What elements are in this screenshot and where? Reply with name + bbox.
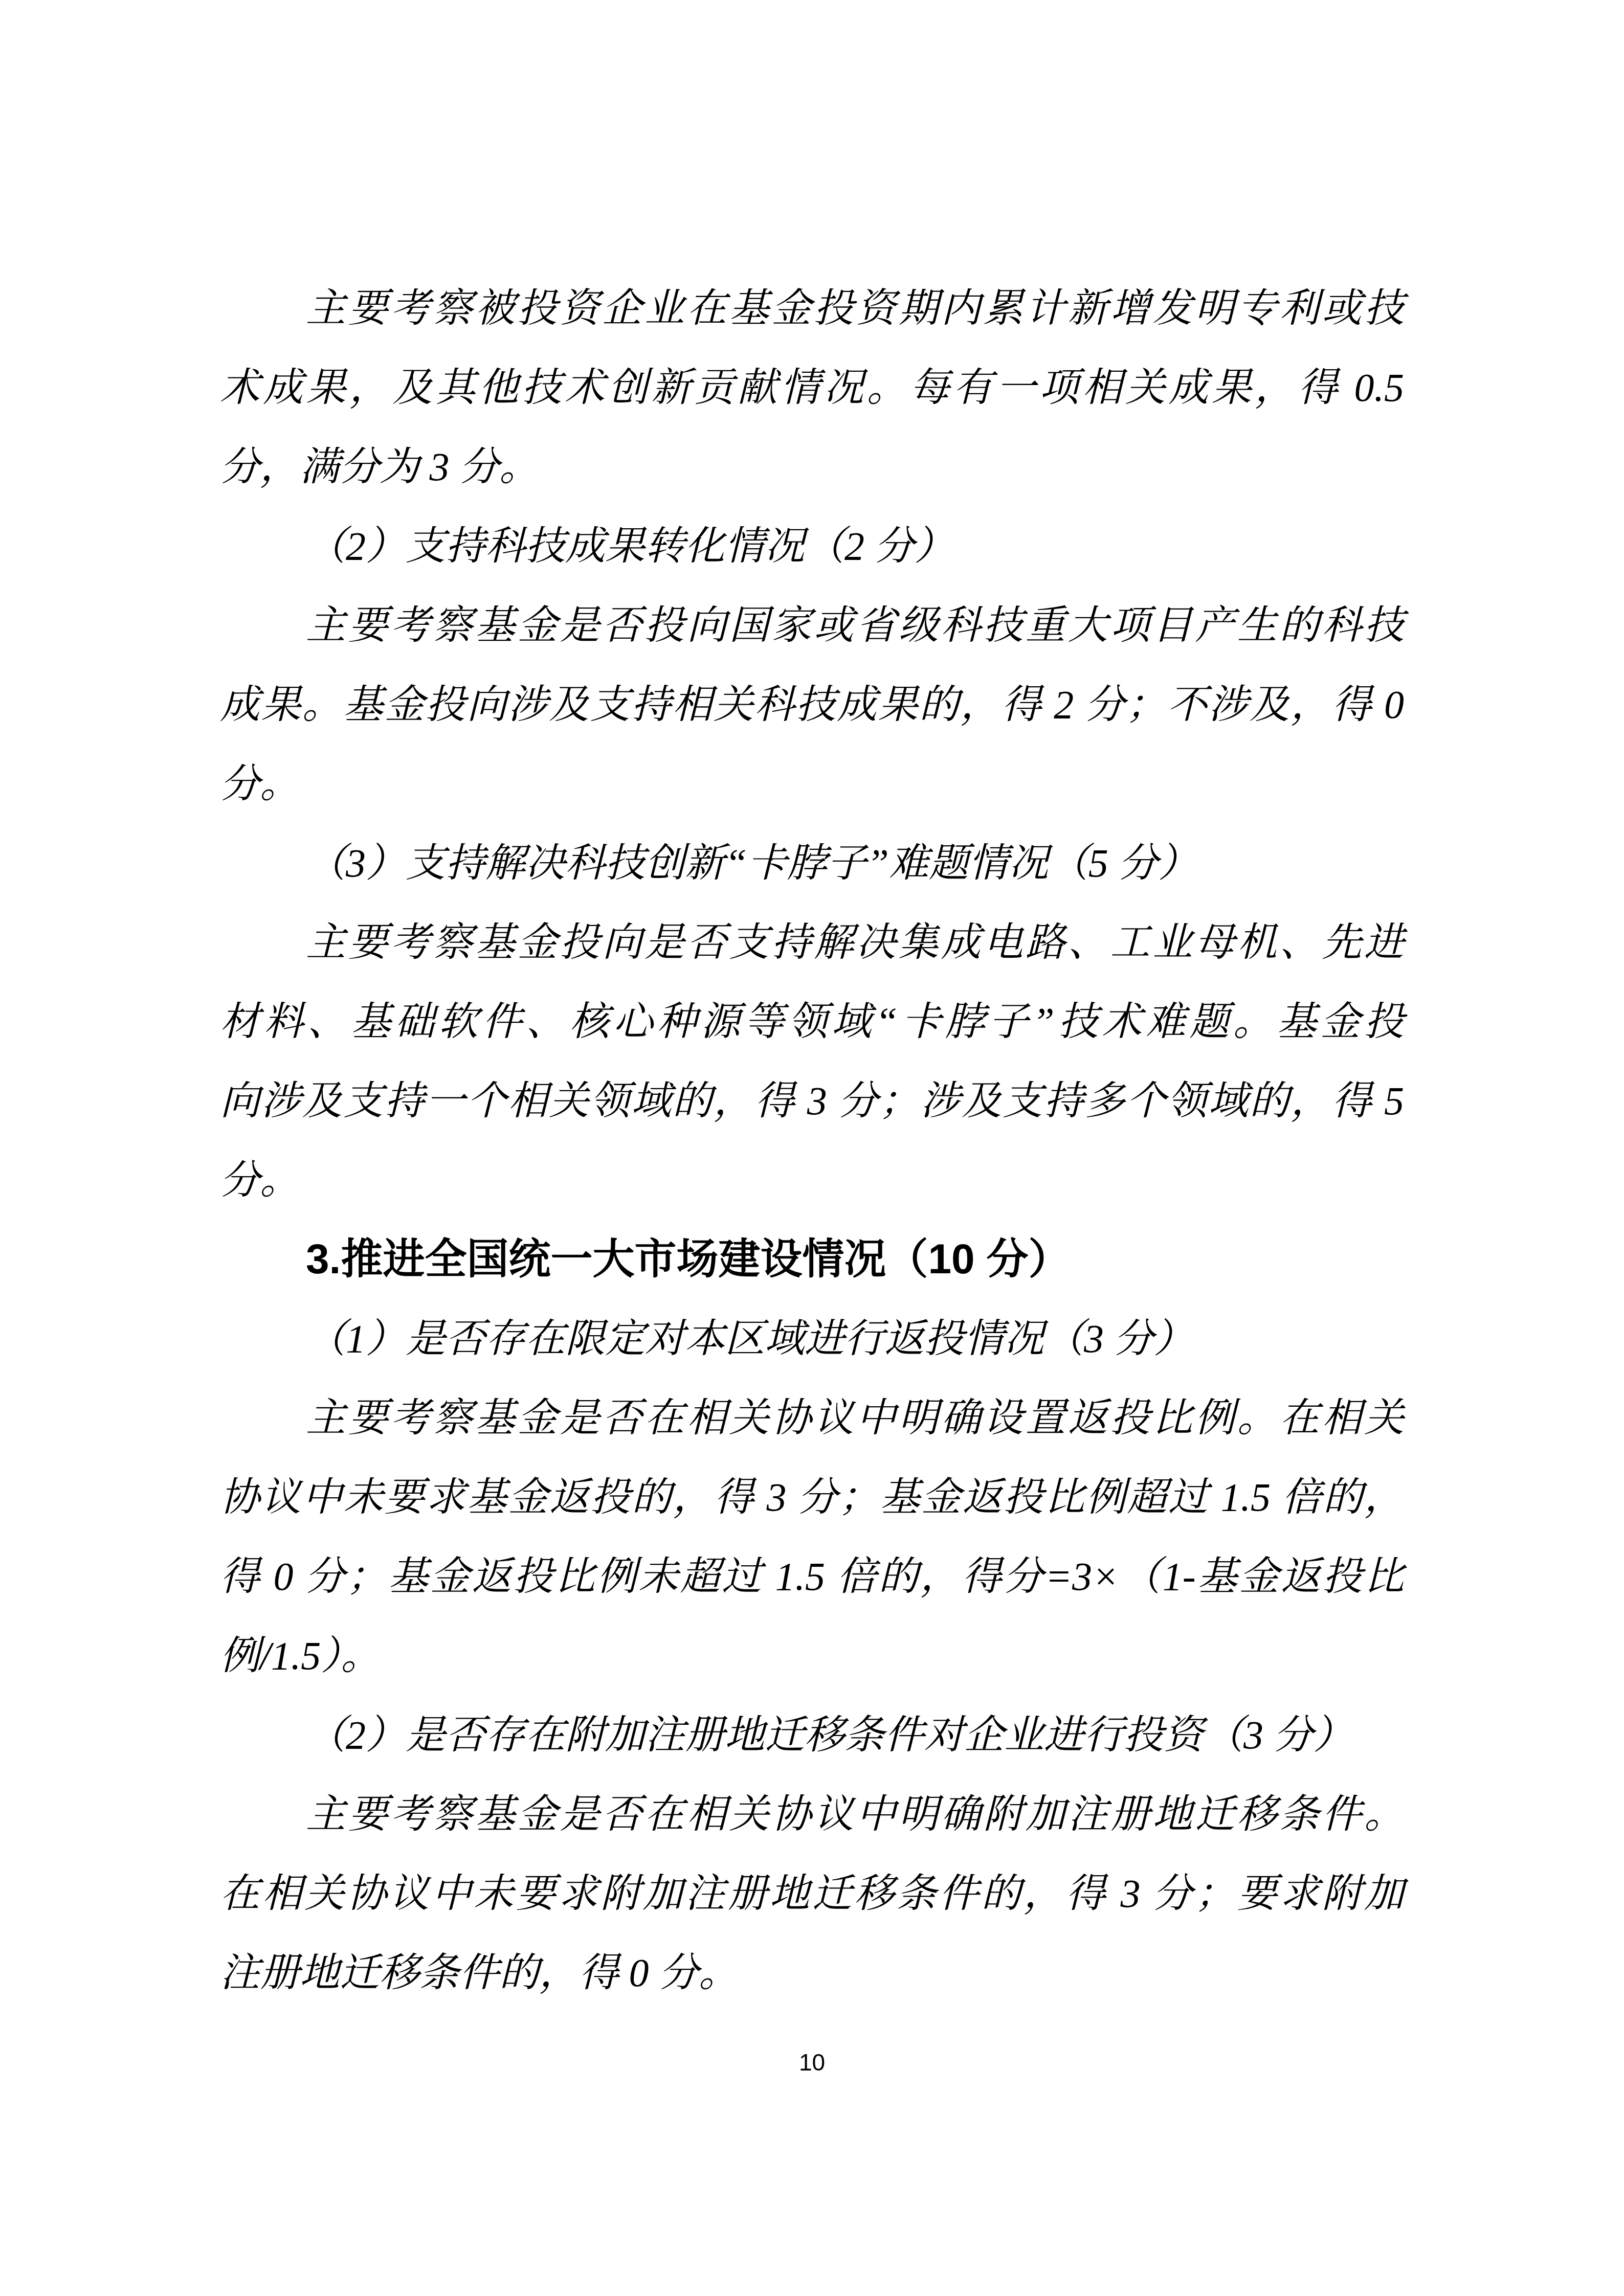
clause-heading: （3）支持解决科技创新“卡脖子”难题情况（5 分） <box>220 823 1404 903</box>
paragraph-line: 协议中未要求基金返投的，得 3 分；基金返投比例超过 1.5 倍的， <box>220 1457 1404 1537</box>
paragraph-line: 分。 <box>220 744 1404 823</box>
paragraph-line: 主要考察被投资企业在基金投资期内累计新增发明专利或技 <box>220 268 1404 348</box>
section-heading: 3.推进全国统一大市场建设情况（10 分） <box>220 1220 1404 1299</box>
document-page: 主要考察被投资企业在基金投资期内累计新增发明专利或技 术成果，及其他技术创新贡献… <box>0 0 1624 2296</box>
paragraph-line: 主要考察基金投向是否支持解决集成电路、工业母机、先进 <box>220 903 1404 982</box>
paragraph-line: 例/1.5）。 <box>220 1616 1404 1695</box>
clause-heading: （2）是否存在附加注册地迁移条件对企业进行投资（3 分） <box>220 1695 1404 1774</box>
paragraph-line: 术成果，及其他技术创新贡献情况。每有一项相关成果，得 0.5 <box>220 348 1404 427</box>
clause-heading: （2）支持科技成果转化情况（2 分） <box>220 506 1404 586</box>
paragraph-line: 成果。基金投向涉及支持相关科技成果的，得 2 分；不涉及，得 0 <box>220 665 1404 744</box>
paragraph-line: 主要考察基金是否在相关协议中明确附加注册地迁移条件。 <box>220 1774 1404 1854</box>
page-number: 10 <box>0 2046 1624 2078</box>
clause-heading: （1）是否存在限定对本区域进行返投情况（3 分） <box>220 1299 1404 1378</box>
paragraph-line: 分。 <box>220 1140 1404 1220</box>
paragraph-line: 得 0 分；基金返投比例未超过 1.5 倍的，得分=3×（1-基金返投比 <box>220 1537 1404 1616</box>
paragraph-line: 向涉及支持一个相关领域的，得 3 分；涉及支持多个领域的，得 5 <box>220 1061 1404 1140</box>
paragraph-line: 在相关协议中未要求附加注册地迁移条件的，得 3 分；要求附加 <box>220 1854 1404 1933</box>
paragraph-line: 主要考察基金是否在相关协议中明确设置返投比例。在相关 <box>220 1378 1404 1457</box>
paragraph-line: 材料、基础软件、核心种源等领域“卡脖子”技术难题。基金投 <box>220 982 1404 1061</box>
document-body: 主要考察被投资企业在基金投资期内累计新增发明专利或技 术成果，及其他技术创新贡献… <box>220 268 1404 2012</box>
paragraph-line: 注册地迁移条件的，得 0 分。 <box>220 1933 1404 2012</box>
paragraph-line: 分，满分为 3 分。 <box>220 427 1404 506</box>
paragraph-line: 主要考察基金是否投向国家或省级科技重大项目产生的科技 <box>220 586 1404 665</box>
